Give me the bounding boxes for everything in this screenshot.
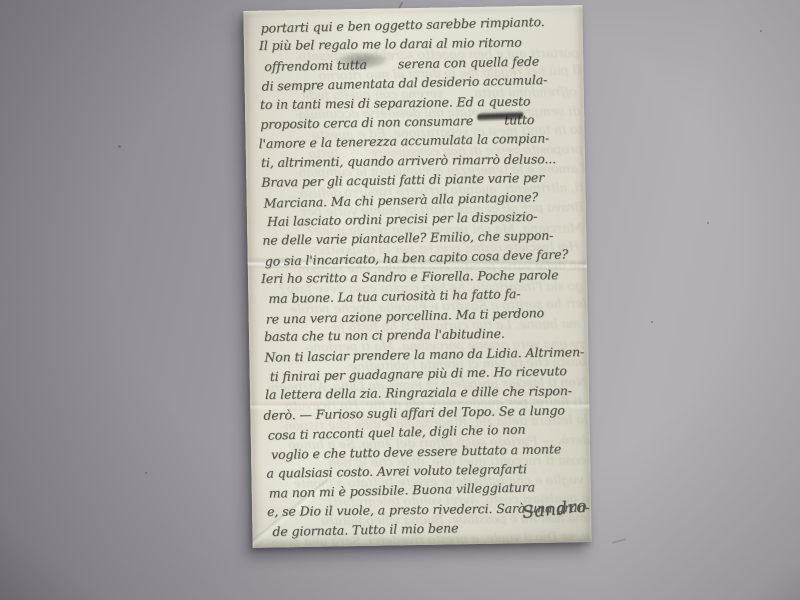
handwriting-line: ti, altrimenti, quando arriverò rimarrò … — [261, 149, 581, 173]
letter-paper: portarti qui e ben oggetto sarebbe rimpi… — [243, 5, 591, 548]
dust-speck — [118, 145, 121, 148]
dust-speck — [651, 321, 653, 323]
handwriting-line: to in tanti mesi di separazione. Ed a qu… — [260, 90, 580, 114]
dust-speck — [707, 222, 709, 224]
fiber-hair — [612, 538, 626, 543]
dust-speck — [760, 30, 762, 32]
photo-background: portarti qui e ben oggetto sarebbe rimpi… — [0, 0, 800, 600]
letter-lines: portarti qui e ben oggetto sarebbe rimpi… — [258, 12, 587, 548]
dust-speck — [145, 472, 147, 474]
